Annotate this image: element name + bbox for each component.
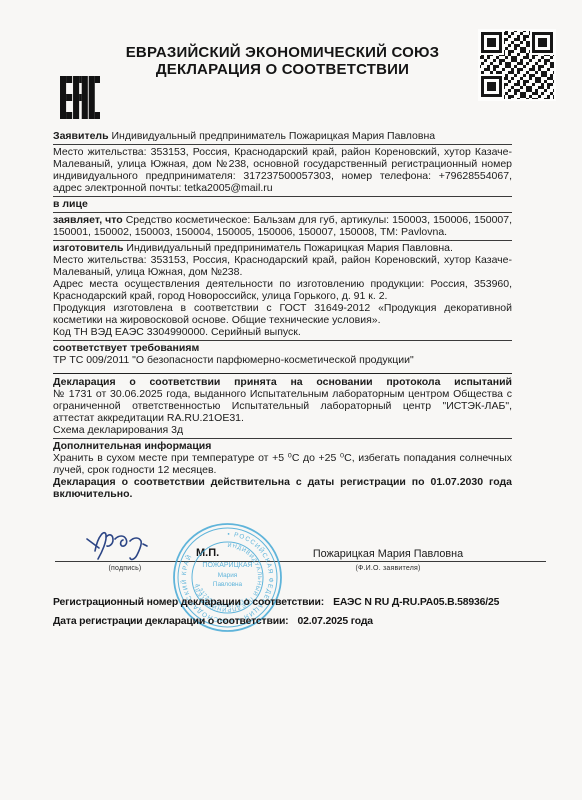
declares-label: заявляет, что	[53, 214, 123, 226]
document-body: Заявитель Индивидуальный предприниматель…	[53, 130, 512, 500]
applicant-fullname: Пожарицкая Мария Павловна	[303, 548, 473, 560]
eac-logo-icon	[60, 76, 100, 119]
basis-lead: Декларация о соответствии принята на осн…	[53, 376, 512, 388]
applicant-row: Заявитель Индивидуальный предприниматель…	[53, 130, 512, 142]
registration-number-value: ЕАЭС N RU Д-RU.РА05.В.58936/25	[333, 597, 499, 608]
divider-thick	[53, 373, 512, 374]
in-person-row: в лице	[53, 198, 512, 210]
registration-number-row: Регистрационный номер декларации о соотв…	[53, 597, 499, 608]
gost-statement: Продукция изготовлена в соответствии с Г…	[53, 302, 512, 326]
complies-label-text: соответствует требованиям	[53, 342, 199, 354]
applicant-label: Заявитель	[53, 130, 109, 142]
stamp-center-line1: ПОЖАРИЦКАЯ	[202, 562, 252, 569]
applicant-value: Индивидуальный предприниматель Пожарицка…	[111, 130, 435, 142]
manufacturer-value: Индивидуальный предприниматель Пожарицка…	[126, 242, 453, 254]
additional-label-text: Дополнительная информация	[53, 440, 211, 452]
tnved-row: Код ТН ВЭД ЕАЭС 3304990000. Серийный вып…	[53, 326, 512, 338]
validity-statement: Декларация о соответствии действительна …	[53, 476, 512, 500]
complies-value: ТР ТС 009/2011 "О безопасности парфюмерн…	[53, 354, 512, 366]
scheme-row: Схема декларирования 3д	[53, 424, 512, 436]
validity-text: Декларация о соответствии действительна …	[53, 476, 512, 500]
divider	[53, 438, 512, 439]
manufacturer-residence: Место жительства: 353153, Россия, Красно…	[53, 254, 512, 278]
registration-date-label: Дата регистрации декларации о соответств…	[53, 616, 289, 627]
qr-code	[478, 29, 556, 101]
declares-row: заявляет, что Средство косметическое: Ба…	[53, 214, 512, 238]
additional-label: Дополнительная информация	[53, 440, 512, 452]
fio-caption: (Ф.И.О. заявителя)	[303, 565, 473, 572]
basis-rest: № 1731 от 30.06.2025 года, выданного Исп…	[53, 388, 512, 424]
handwritten-signature	[84, 526, 154, 566]
manufacturer-row: изготовитель Индивидуальный предпринимат…	[53, 242, 512, 254]
stamp-center-line2: Мария	[218, 572, 238, 579]
registration-date-row: Дата регистрации декларации о соответств…	[53, 616, 373, 627]
page-title: ЕВРАЗИЙСКИЙ ЭКОНОМИЧЕСКИЙ СОЮЗ ДЕКЛАРАЦИ…	[53, 44, 512, 78]
declaration-document: ЕВРАЗИЙСКИЙ ЭКОНОМИЧЕСКИЙ СОЮЗ ДЕКЛАРАЦИ…	[0, 0, 582, 800]
applicant-residence: Место жительства: 353153, Россия, Красно…	[53, 146, 512, 194]
divider	[53, 212, 512, 213]
complies-label: соответствует требованиям	[53, 342, 512, 354]
in-person-label: в лице	[53, 198, 88, 210]
registration-date-value: 02.07.2025 года	[298, 616, 373, 627]
manufacturer-label: изготовитель	[53, 242, 124, 254]
divider	[53, 340, 512, 341]
registration-number-label: Регистрационный номер декларации о соотв…	[53, 597, 324, 608]
signature-caption: (подпись)	[70, 565, 180, 572]
stamp-center-line3: Павловна	[213, 581, 243, 588]
divider	[53, 144, 512, 145]
additional-value: Хранить в сухом месте при температуре от…	[53, 452, 512, 476]
title-line-1: ЕВРАЗИЙСКИЙ ЭКОНОМИЧЕСКИЙ СОЮЗ	[53, 44, 512, 61]
divider	[53, 196, 512, 197]
divider	[53, 240, 512, 241]
title-line-2: ДЕКЛАРАЦИЯ О СООТВЕТСТВИИ	[53, 61, 512, 78]
production-address: Адрес места осуществления деятельности п…	[53, 278, 512, 302]
basis-paragraph: Декларация о соответствии принята на осн…	[53, 376, 512, 424]
